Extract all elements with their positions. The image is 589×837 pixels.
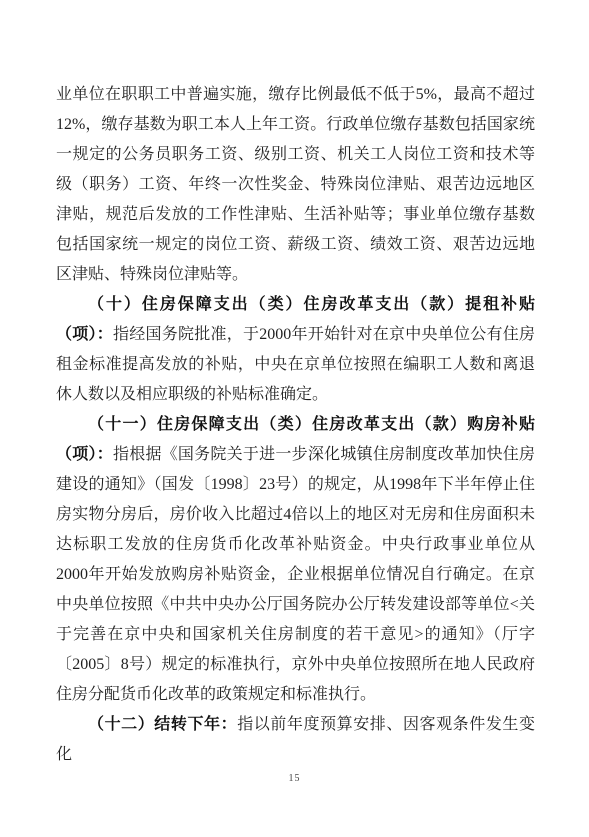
para-item-11-purchase-subsidy: （十一）住房保障支出（类）住房改革支出（款）购房补贴（项）：指根据《国务院关于进… bbox=[56, 410, 535, 710]
page-number: 15 bbox=[289, 773, 301, 784]
para-item-12-carryover: （十二）结转下年：指以前年度预算安排、因客观条件发生变化 bbox=[56, 710, 535, 770]
paragraph-body-text: 指根据《国务院关于进一步深化城镇住房制度改革加快住房建设的通知》（国发〔1998… bbox=[56, 446, 535, 703]
document-page: 业单位在职职工中普遍实施，缴存比例最低不低于5%，最高不超过12%，缴存基数为职… bbox=[0, 0, 589, 837]
section-heading-item-12: （十二）结转下年： bbox=[88, 716, 237, 733]
para-housing-fund-continuation: 业单位在职职工中普遍实施，缴存比例最低不低于5%，最高不超过12%，缴存基数为职… bbox=[56, 80, 535, 290]
paragraph-body-text: 业单位在职职工中普遍实施，缴存比例最低不低于5%，最高不超过12%，缴存基数为职… bbox=[56, 86, 535, 283]
page-footer: 15 bbox=[0, 768, 589, 786]
para-item-10-rent-subsidy: （十）住房保障支出（类）住房改革支出（款）提租补贴（项）：指经国务院批准，于20… bbox=[56, 290, 535, 410]
paragraph-body-text: 指经国务院批准，于2000年开始针对在京中央单位公有住房租金标准提高发放的补贴，… bbox=[56, 326, 535, 403]
document-body: 业单位在职职工中普遍实施，缴存比例最低不低于5%，最高不超过12%，缴存基数为职… bbox=[56, 80, 535, 770]
